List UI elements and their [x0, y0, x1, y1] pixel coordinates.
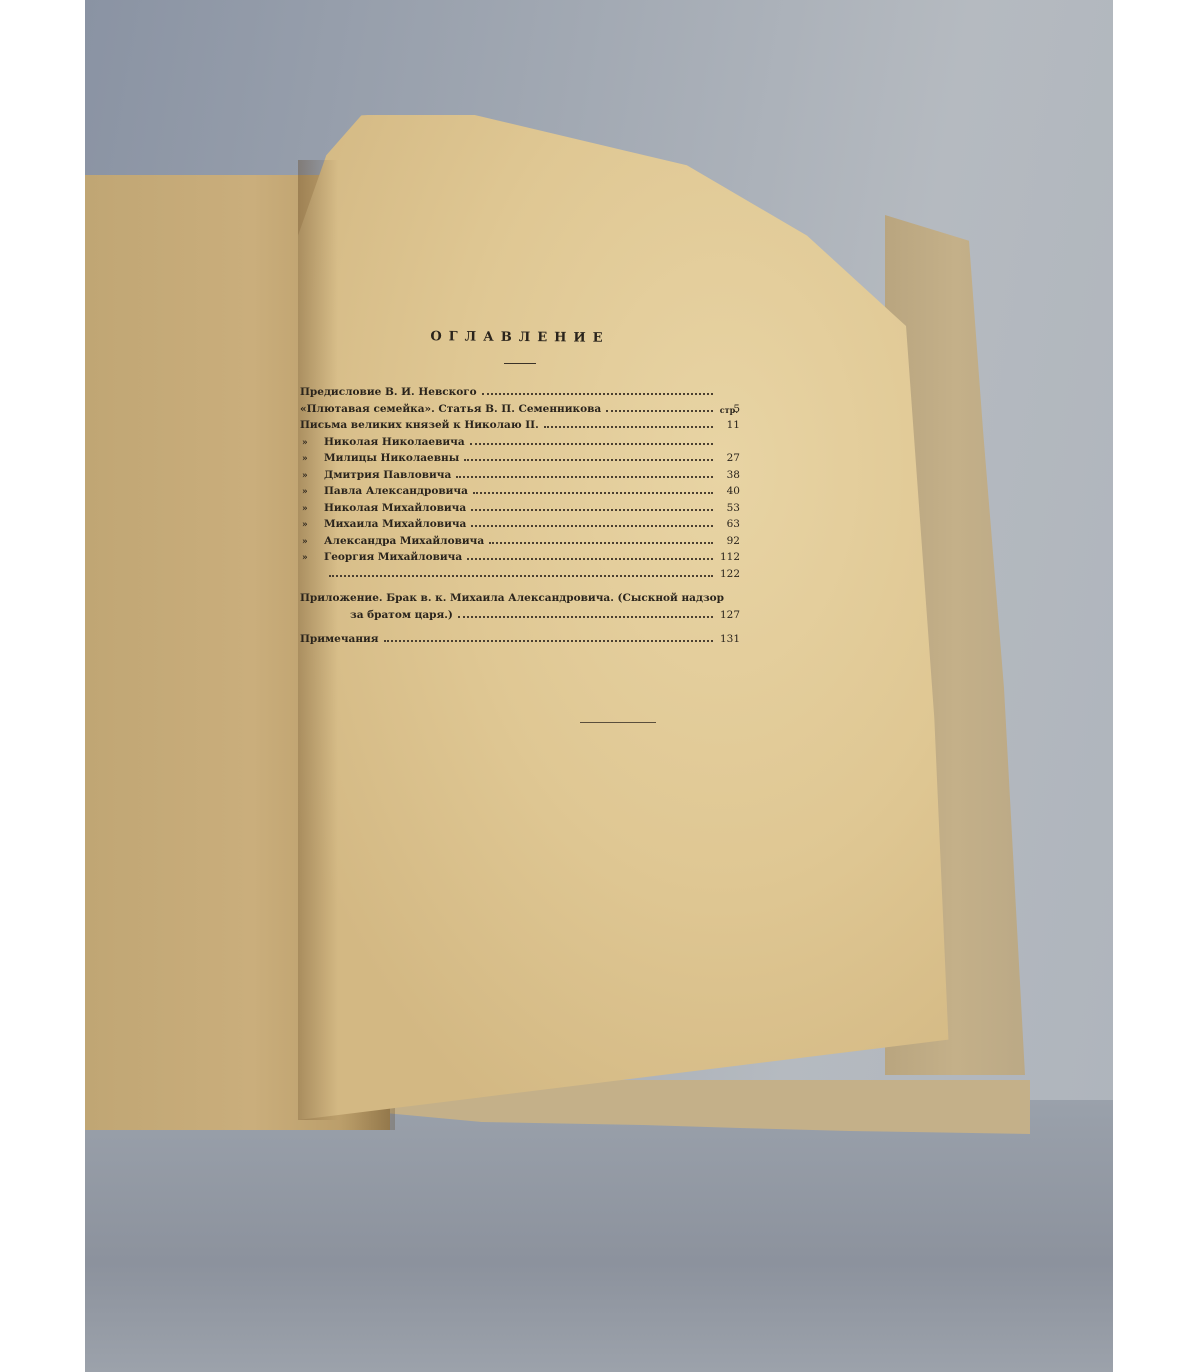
entry-title: Примечания	[300, 633, 379, 645]
entry-title: Александра Михайловича	[324, 535, 484, 547]
ditto-mark: »	[302, 520, 324, 530]
entry-title: Михаила Михайловича	[324, 518, 466, 530]
page-number: 27	[718, 452, 740, 464]
entry-title: Приложение. Брак в. к. Михаила Александр…	[300, 592, 724, 604]
entry-title: Милицы Николаевны	[324, 452, 459, 464]
ditto-mark: »	[302, 487, 324, 497]
entry-title: Николая Николаевича	[324, 436, 465, 448]
dot-leader	[456, 475, 713, 478]
entry-title: «Плютавая семейка». Статья В. П. Семенни…	[300, 403, 601, 415]
page-number: 53	[718, 502, 740, 514]
toc-entry: »Милицы Николаевны27	[300, 452, 740, 469]
ditto-mark: »	[302, 454, 324, 464]
title-rule	[504, 363, 536, 364]
entry-title: Предисловие В. И. Невского	[300, 386, 477, 398]
page-column-label: стр.	[720, 405, 738, 415]
dot-leader	[329, 574, 713, 577]
toc-entry: »Дмитрия Павловича38	[300, 469, 740, 486]
toc-entry: Приложение. Брак в. к. Михаила Александр…	[300, 592, 740, 609]
toc-title: ОГЛАВЛЕНИЕ	[300, 328, 740, 347]
entry-title: Павла Александровича	[324, 485, 468, 497]
page-number: 131	[718, 633, 740, 645]
toc-list: Предисловие В. И. Невского«Плютавая семе…	[300, 386, 740, 650]
ditto-mark: »	[302, 438, 324, 448]
ditto-mark: »	[302, 504, 324, 514]
end-rule	[580, 722, 656, 723]
entry-title: Георгия Михайловича	[324, 551, 462, 563]
dot-leader	[470, 442, 713, 445]
toc-entry: 122	[300, 568, 740, 585]
dot-leader	[606, 409, 713, 412]
toc-entry: »Георгия Михайловича112	[300, 551, 740, 568]
dot-leader	[458, 615, 713, 618]
dot-leader	[467, 557, 713, 560]
page-number: 40	[718, 485, 740, 497]
dot-leader	[473, 491, 713, 494]
dot-leader	[544, 425, 713, 428]
dot-leader	[384, 639, 713, 642]
page-number: 112	[718, 551, 740, 563]
page-number: 38	[718, 469, 740, 481]
toc-entry: »Александра Михайловича92	[300, 535, 740, 552]
page-number: 63	[718, 518, 740, 530]
page-number: 127	[718, 609, 740, 621]
toc-entry: «Плютавая семейка». Статья В. П. Семенни…	[300, 403, 740, 420]
toc-entry: »Павла Александровича40	[300, 485, 740, 502]
ditto-mark: »	[302, 553, 324, 563]
toc-entry: Письма великих князей к Николаю II.11	[300, 419, 740, 436]
dot-leader	[464, 458, 713, 461]
entry-title: Дмитрия Павловича	[324, 469, 451, 481]
entry-title: за братом царя.)	[350, 609, 453, 621]
toc-entry: »Николая Михайловича53	[300, 502, 740, 519]
toc-entry: за братом царя.)127	[300, 609, 740, 626]
page-number: 11	[718, 419, 740, 431]
dot-leader	[471, 524, 713, 527]
ditto-mark: »	[302, 537, 324, 547]
dot-leader	[471, 508, 713, 511]
dot-leader	[489, 541, 713, 544]
toc-entry: Примечания131	[300, 633, 740, 650]
ditto-mark: »	[302, 471, 324, 481]
dot-leader	[482, 392, 713, 395]
toc-entry: Предисловие В. И. Невского	[300, 386, 740, 403]
table-surface	[85, 1100, 1113, 1372]
page-number: 122	[718, 568, 740, 580]
entry-title: Письма великих князей к Николаю II.	[300, 419, 539, 431]
table-of-contents: ОГЛАВЛЕНИЕ стр. Предисловие В. И. Невско…	[300, 330, 740, 650]
entry-title: Николая Михайловича	[324, 502, 466, 514]
toc-entry: »Михаила Михайловича63	[300, 518, 740, 535]
page-number: 92	[718, 535, 740, 547]
toc-entry: »Николая Николаевича	[300, 436, 740, 453]
book-photo	[85, 0, 1113, 1372]
